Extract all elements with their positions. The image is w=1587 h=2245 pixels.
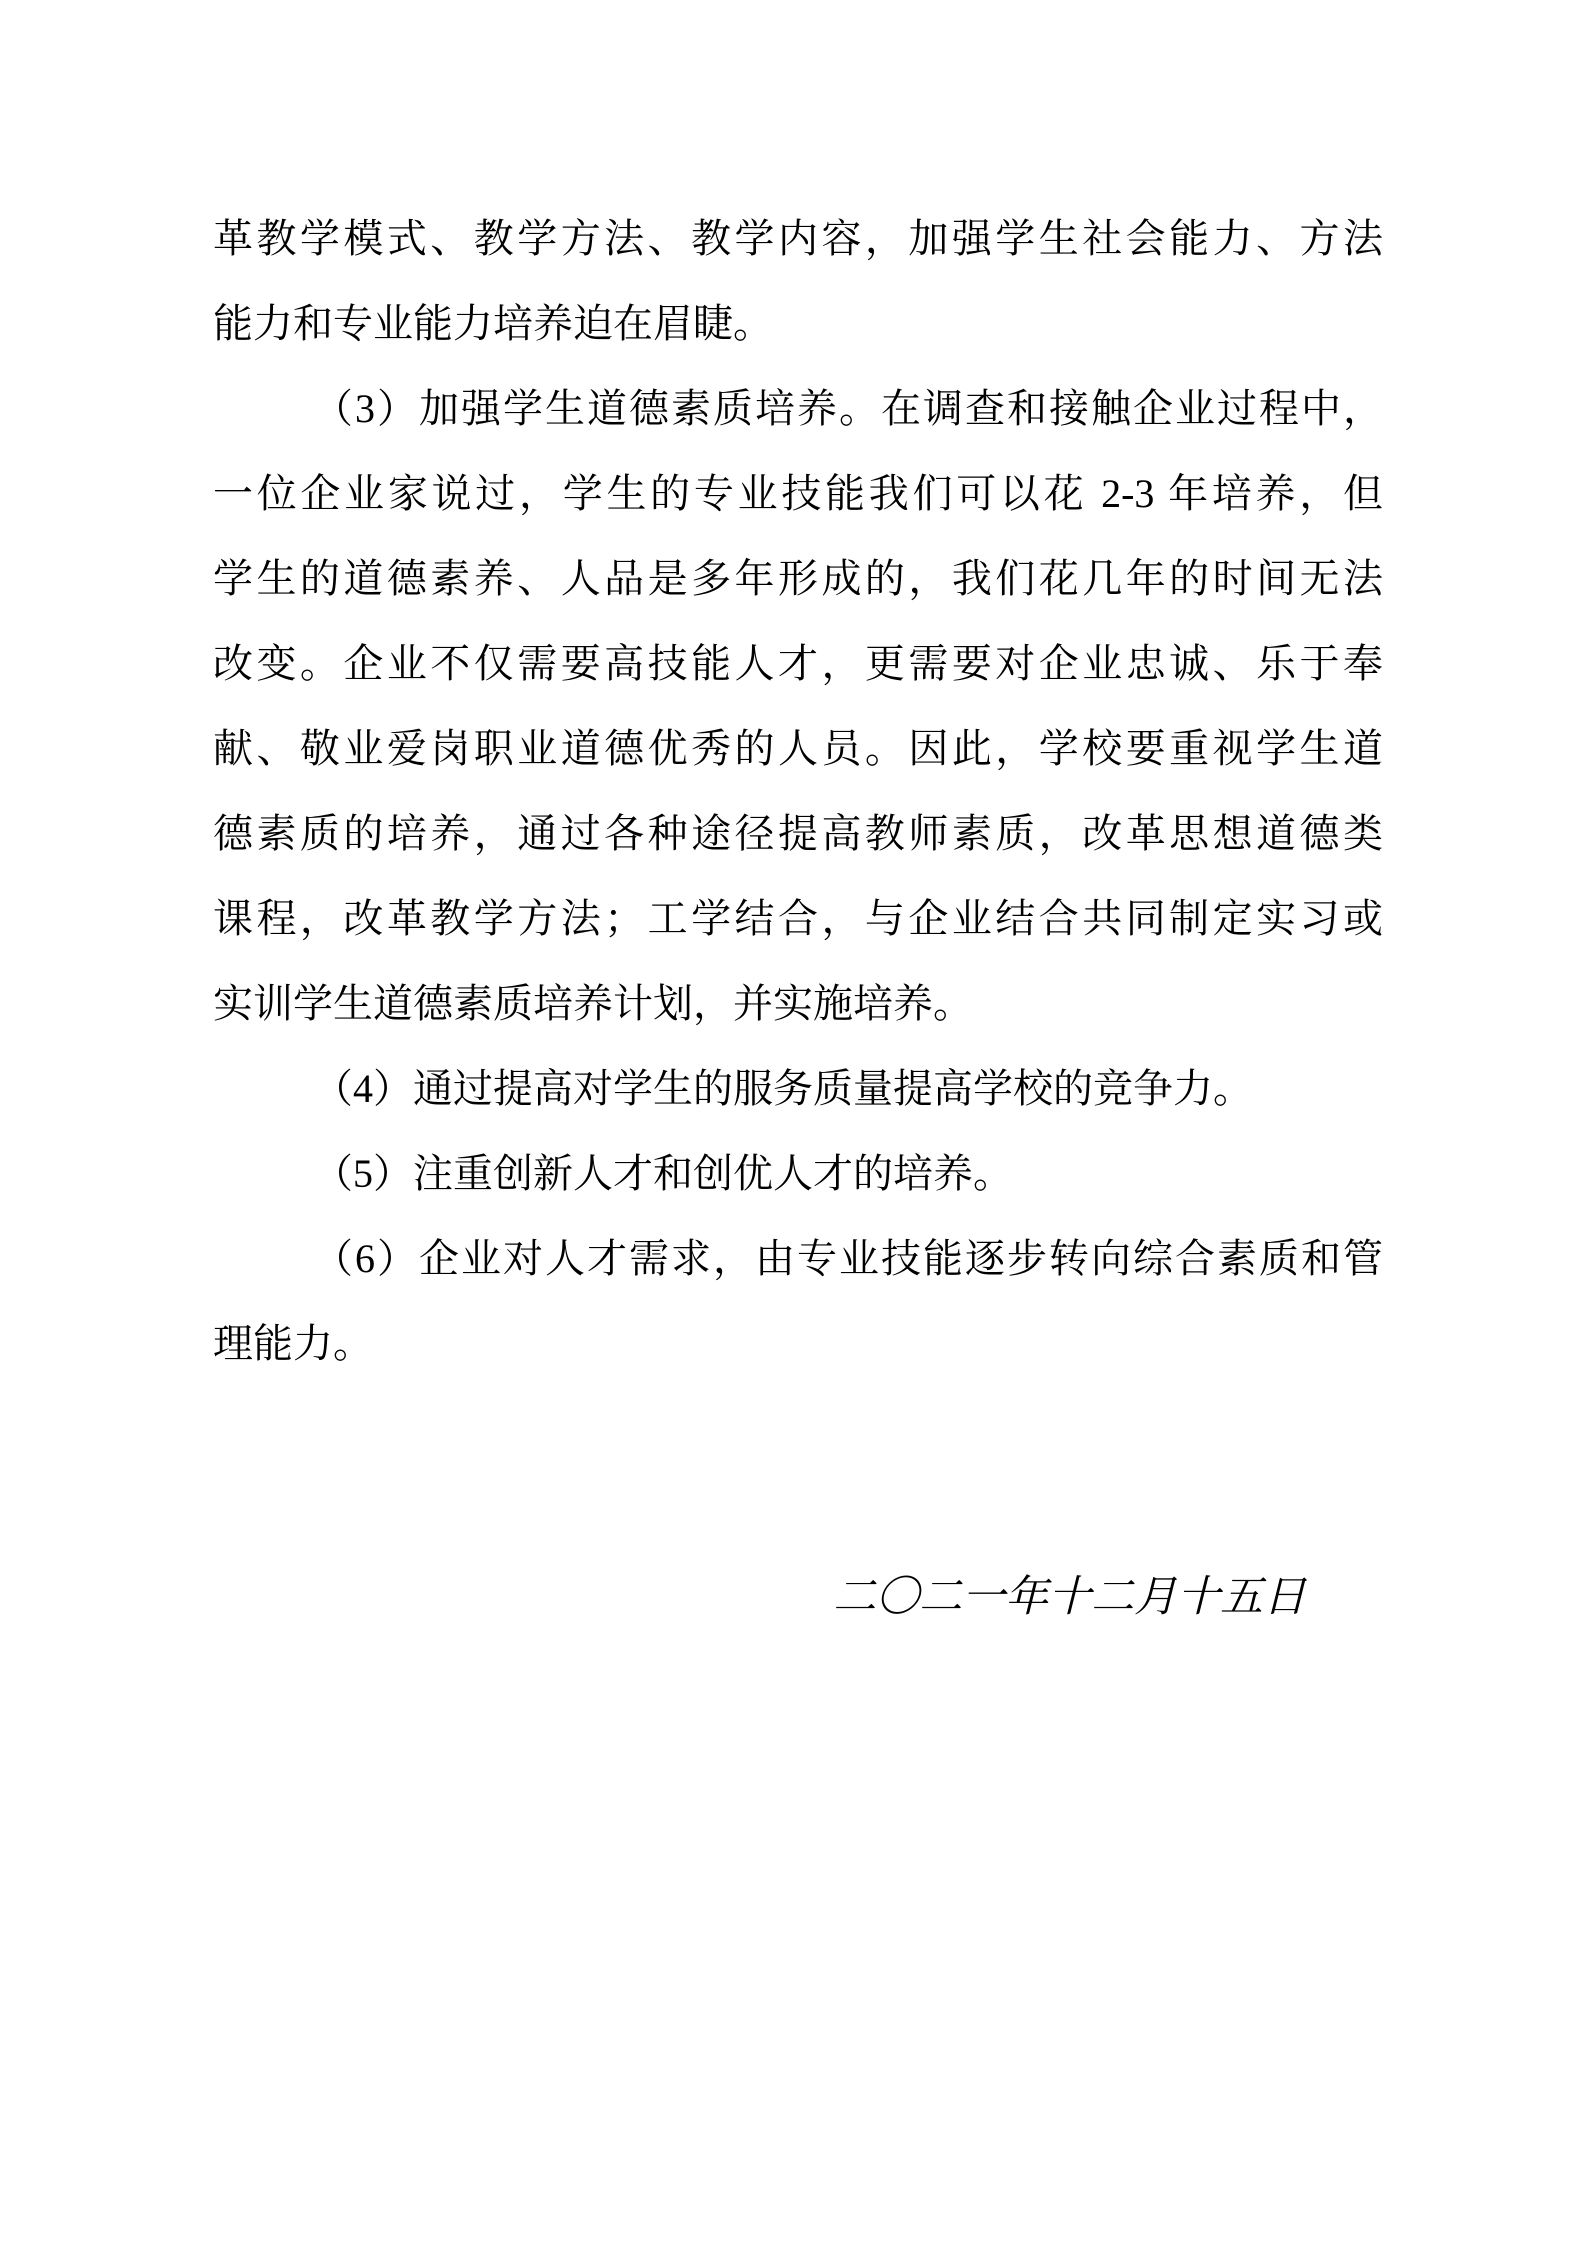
document-body: 革教学模式、教学方法、教学内容，加强学生社会能力、方法 能力和专业能力培养迫在眉… xyxy=(213,196,1383,1640)
text-line: 改变。企业不仅需要高技能人才，更需要对企业忠诚、乐于奉 xyxy=(213,621,1383,706)
text-line: 能力和专业能力培养迫在眉睫。 xyxy=(213,281,1383,366)
text-line: 革教学模式、教学方法、教学内容，加强学生社会能力、方法 xyxy=(213,196,1383,281)
text-line: 一位企业家说过，学生的专业技能我们可以花 2-3 年培养，但 xyxy=(213,451,1383,536)
text-line: 理能力。 xyxy=(213,1301,1383,1386)
document-page: 革教学模式、教学方法、教学内容，加强学生社会能力、方法 能力和专业能力培养迫在眉… xyxy=(0,0,1587,2245)
text-line: 学生的道德素养、人品是多年形成的，我们花几年的时间无法 xyxy=(213,536,1383,621)
text-line: （5）注重创新人才和创优人才的培养。 xyxy=(213,1131,1383,1216)
date-line: 二〇二一年十二月十五日 xyxy=(213,1555,1383,1640)
text-line: （6）企业对人才需求，由专业技能逐步转向综合素质和管 xyxy=(213,1216,1383,1301)
text-line: 实训学生道德素质培养计划，并实施培养。 xyxy=(213,961,1383,1046)
text-line: 课程，改革教学方法；工学结合，与企业结合共同制定实习或 xyxy=(213,876,1383,961)
text-line: 德素质的培养，通过各种途径提高教师素质，改革思想道德类 xyxy=(213,791,1383,876)
text-line: （4）通过提高对学生的服务质量提高学校的竞争力。 xyxy=(213,1046,1383,1131)
text-line: （3）加强学生道德素质培养。在调查和接触企业过程中， xyxy=(213,366,1383,451)
text-line: 献、敬业爱岗职业道德优秀的人员。因此，学校要重视学生道 xyxy=(213,706,1383,791)
